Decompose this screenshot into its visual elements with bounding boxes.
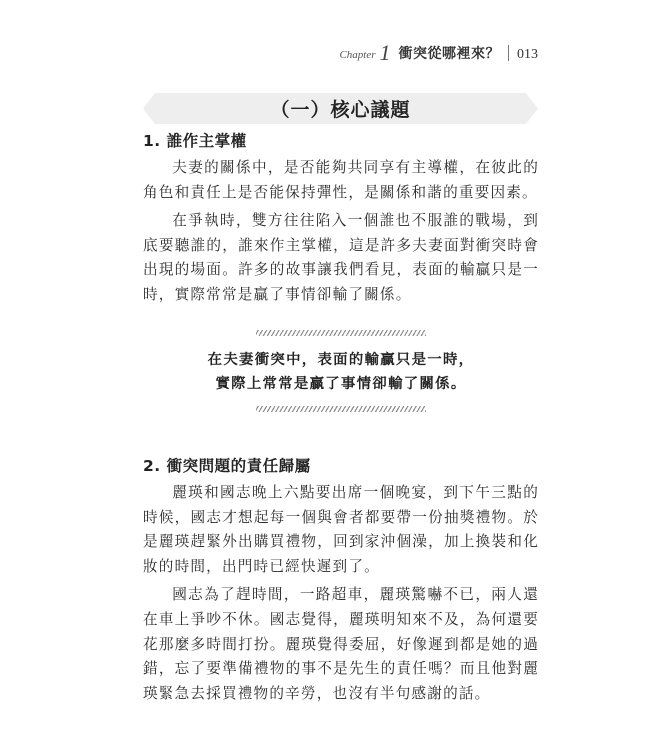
pull-quote: 在夫妻衝突中，表面的輸贏只是一時， 實際上常常是贏了事情卻輸了關係。 xyxy=(143,330,539,412)
hatched-divider-bottom xyxy=(256,406,426,412)
pull-quote-line: 實際上常常是贏了事情卻輸了關係。 xyxy=(143,372,539,396)
body-paragraph: 國志為了趕時間，一路超車，麗瑛驚嚇不已，兩人還在車上爭吵不休。國志覺得，麗瑛明知… xyxy=(143,583,539,706)
subsection-heading: 1. 誰作主掌權 xyxy=(143,129,539,153)
section-banner: （一）核心議題 xyxy=(143,93,538,124)
section-title: （一）核心議題 xyxy=(270,95,410,122)
subsection-heading: 2. 衝突問題的責任歸屬 xyxy=(143,454,539,478)
hatched-divider-top xyxy=(256,330,426,336)
chapter-label: Chapter xyxy=(339,49,375,61)
page-number: 013 xyxy=(517,47,538,63)
chapter-title: 衝突從哪裡來？ xyxy=(399,43,501,63)
chapter-number: 1 xyxy=(380,46,391,60)
running-header: Chapter 1 衝突從哪裡來？ 013 xyxy=(339,42,538,63)
pull-quote-line: 在夫妻衝突中，表面的輸贏只是一時， xyxy=(143,348,539,372)
subsection-2: 2. 衝突問題的責任歸屬 麗瑛和國志晚上六點要出席一個晚宴，到下午三點的時候，國… xyxy=(143,454,539,706)
body-paragraph: 麗瑛和國志晚上六點要出席一個晚宴，到下午三點的時候，國志才想起每一個與會者都要帶… xyxy=(143,481,539,579)
body-paragraph: 在爭執時，雙方往往陷入一個誰也不服誰的戰場，到底要聽誰的，誰來作主掌權，這是許多… xyxy=(143,209,539,307)
header-separator xyxy=(508,45,509,61)
subsection-1: 1. 誰作主掌權 夫妻的關係中，是否能夠共同享有主導權，在彼此的角色和責任上是否… xyxy=(143,129,539,308)
body-paragraph: 夫妻的關係中，是否能夠共同享有主導權，在彼此的角色和責任上是否能保持彈性，是關係… xyxy=(143,156,539,205)
